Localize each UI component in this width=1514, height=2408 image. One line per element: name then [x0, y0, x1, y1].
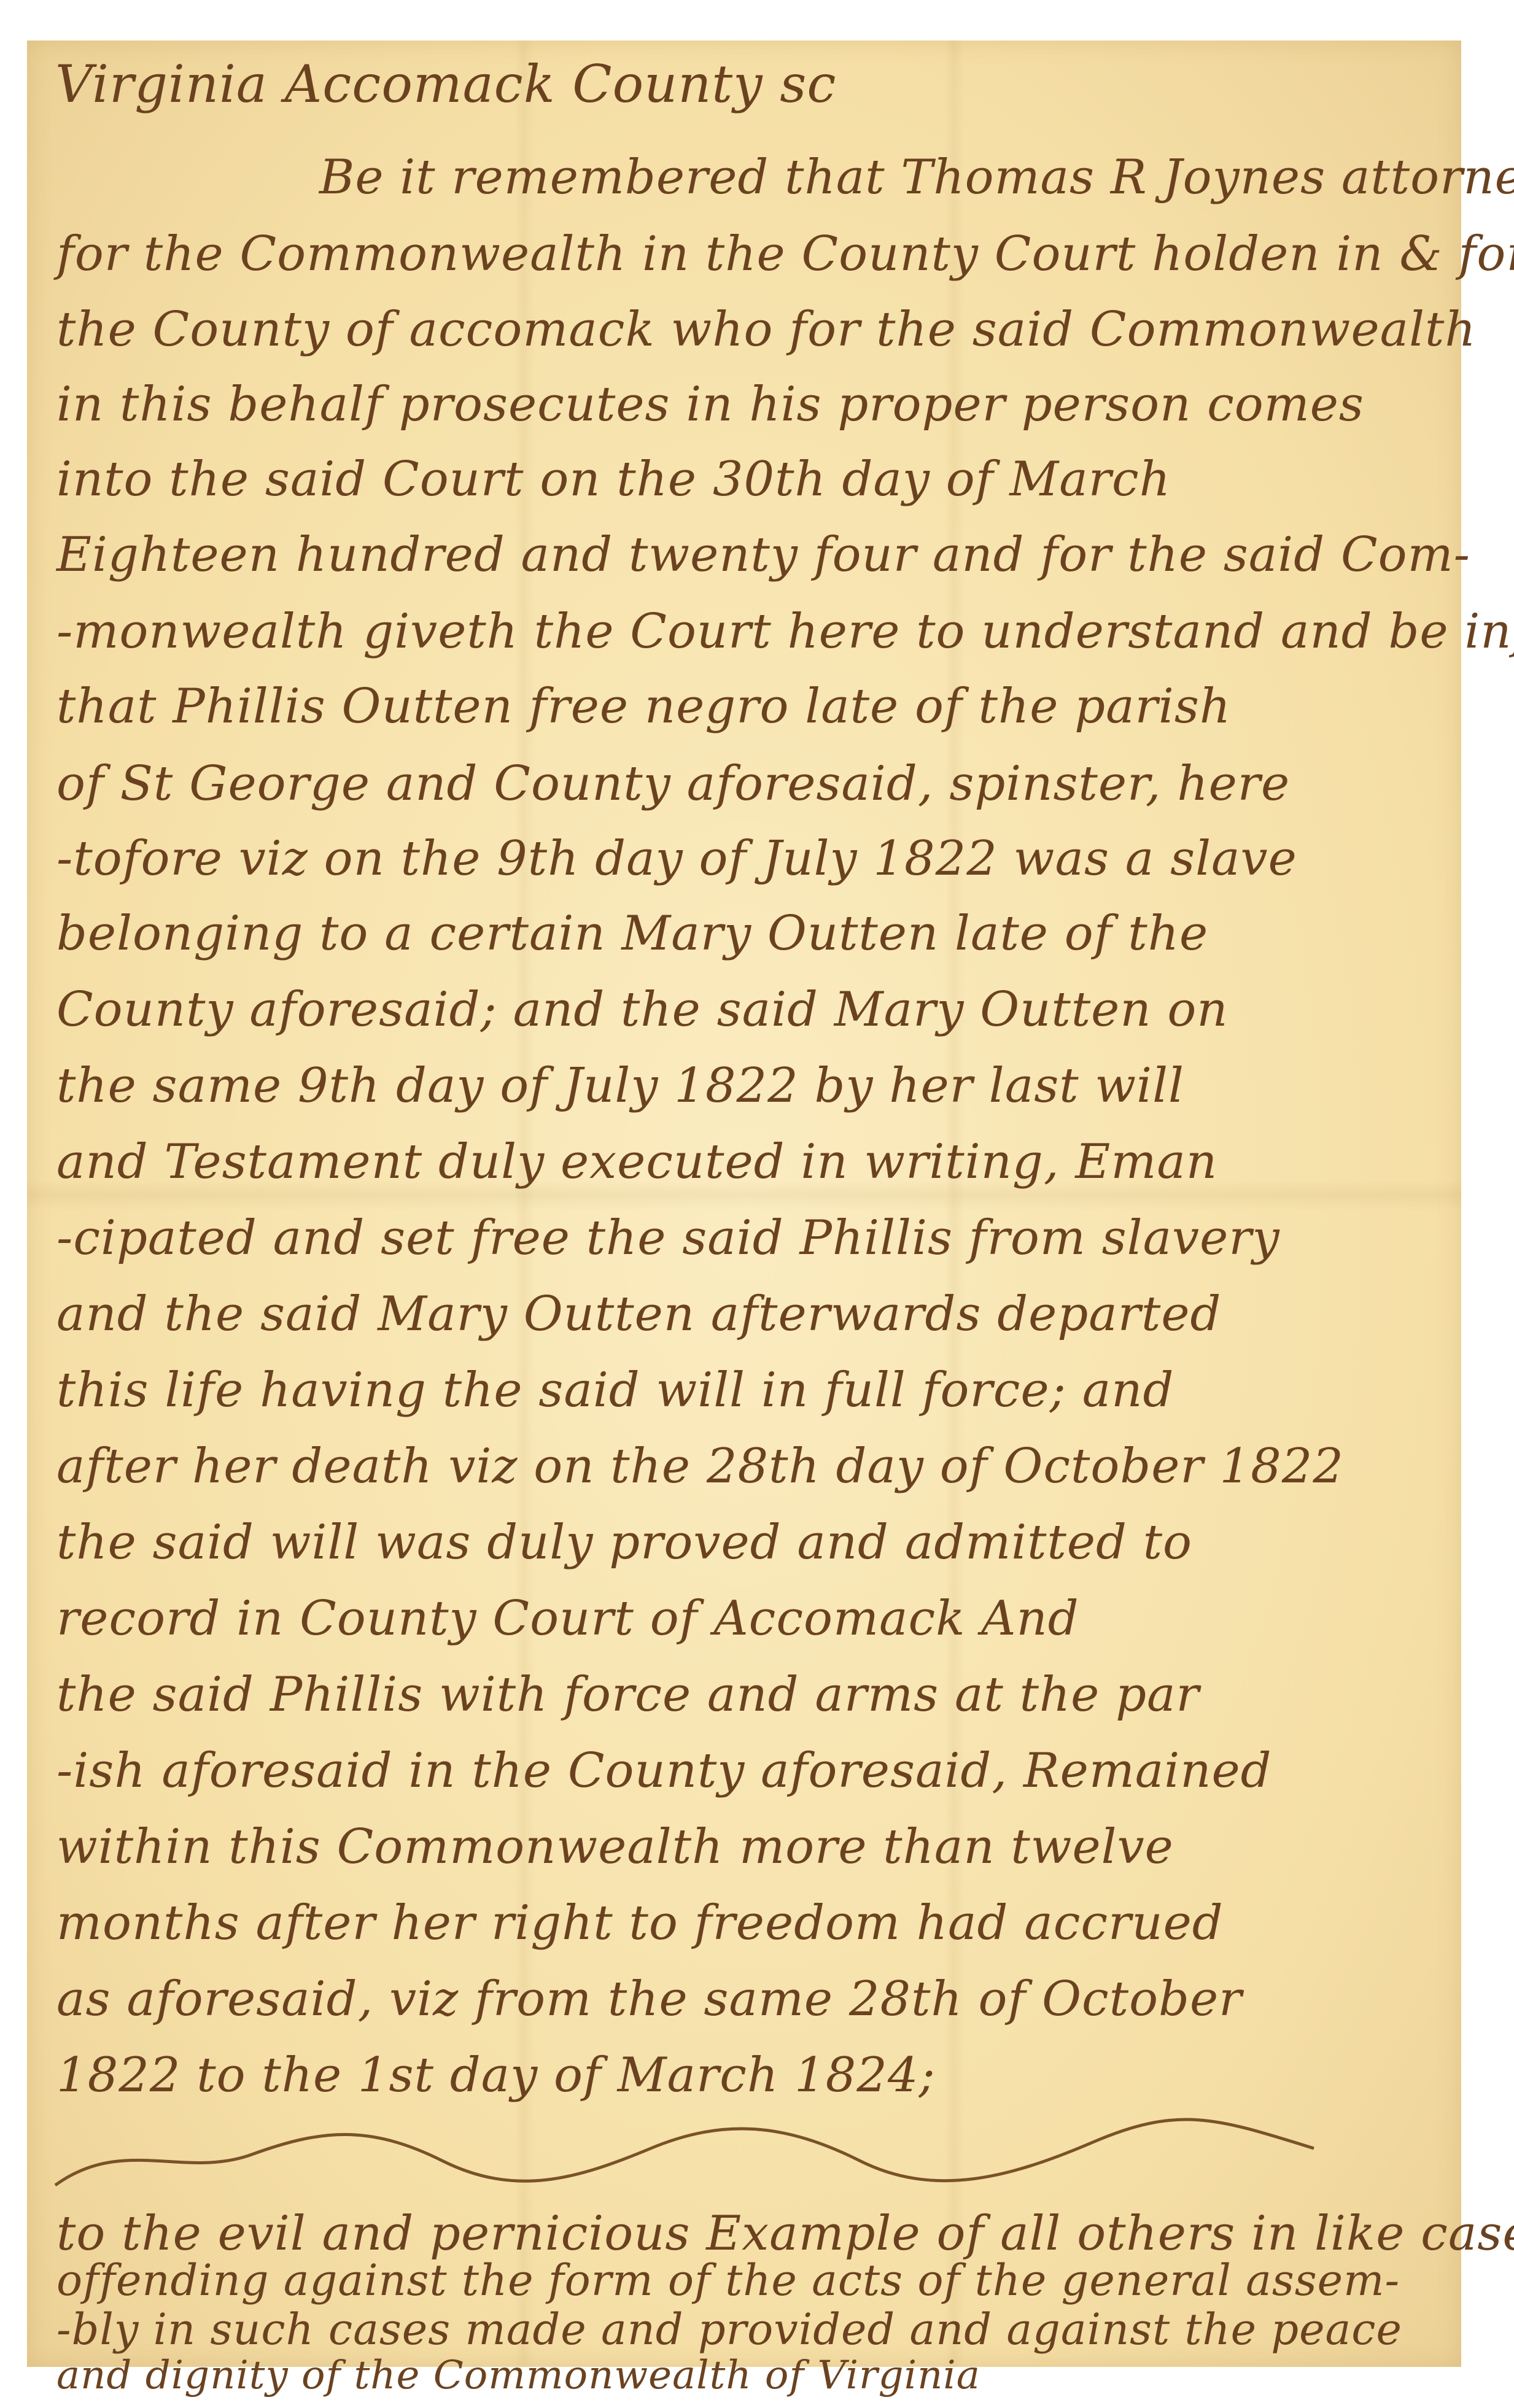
- closing-line-2: offending against the form of the acts o…: [56, 2259, 1400, 2302]
- closing-line-1: to the evil and pernicious Example of al…: [56, 2210, 1514, 2258]
- heading: Virginia Accomack County sc: [55, 58, 836, 110]
- text-line-23: within this Commonwealth more than twelv…: [56, 1823, 1174, 1871]
- text-line-3: the County of accomack who for the said …: [56, 306, 1477, 354]
- text-line-1: Be it remembered that Thomas R Joynes at…: [319, 153, 1514, 201]
- text-line-12: County aforesaid; and the said Mary Outt…: [56, 986, 1229, 1034]
- text-line-6: Eighteen hundred and twenty four and for…: [56, 531, 1470, 579]
- text-line-20: record in County Court of Accomack And: [56, 1595, 1079, 1643]
- text-line-25: as aforesaid, viz from the same 28th of …: [56, 1975, 1242, 2023]
- text-line-24: months after her right to freedom had ac…: [56, 1899, 1224, 1947]
- text-line-8: that Phillis Outten free negro late of t…: [56, 683, 1231, 730]
- text-line-19: the said will was duly proved and admitt…: [56, 1519, 1192, 1566]
- text-line-4: in this behalf prosecutes in his proper …: [56, 381, 1364, 428]
- closing-line-4: and dignity of the Commonwealth of Virgi…: [56, 2356, 980, 2395]
- text-line-7: -monwealth giveth the Court here to unde…: [56, 608, 1514, 656]
- text-line-26: 1822 to the 1st day of March 1824;: [56, 2051, 936, 2099]
- text-line-22: -ish aforesaid in the County aforesaid, …: [56, 1747, 1272, 1795]
- text-line-16: and the said Mary Outten afterwards depa…: [56, 1290, 1222, 1338]
- text-line-18: after her death viz on the 28th day of O…: [56, 1442, 1344, 1490]
- text-line-11: belonging to a certain Mary Outten late …: [56, 910, 1208, 958]
- closing-line-3: -bly in such cases made and provided and…: [56, 2308, 1402, 2351]
- text-line-10: -tofore viz on the 9th day of July 1822 …: [56, 835, 1297, 883]
- text-line-2: for the Commonwealth in the County Court…: [56, 230, 1514, 278]
- text-line-5: into the said Court on the 30th day of M…: [56, 455, 1171, 503]
- text-line-21: the said Phillis with force and arms at …: [56, 1671, 1200, 1719]
- text-line-17: this life having the said will in full f…: [56, 1366, 1174, 1414]
- text-line-13: the same 9th day of July 1822 by her las…: [56, 1062, 1184, 1110]
- text-line-9: of St George and County aforesaid, spins…: [56, 760, 1290, 808]
- decorative-flourish-icon: [49, 2112, 1369, 2197]
- text-line-14: and Testament duly executed in writing, …: [56, 1138, 1217, 1186]
- text-line-15: -cipated and set free the said Phillis f…: [56, 1214, 1280, 1262]
